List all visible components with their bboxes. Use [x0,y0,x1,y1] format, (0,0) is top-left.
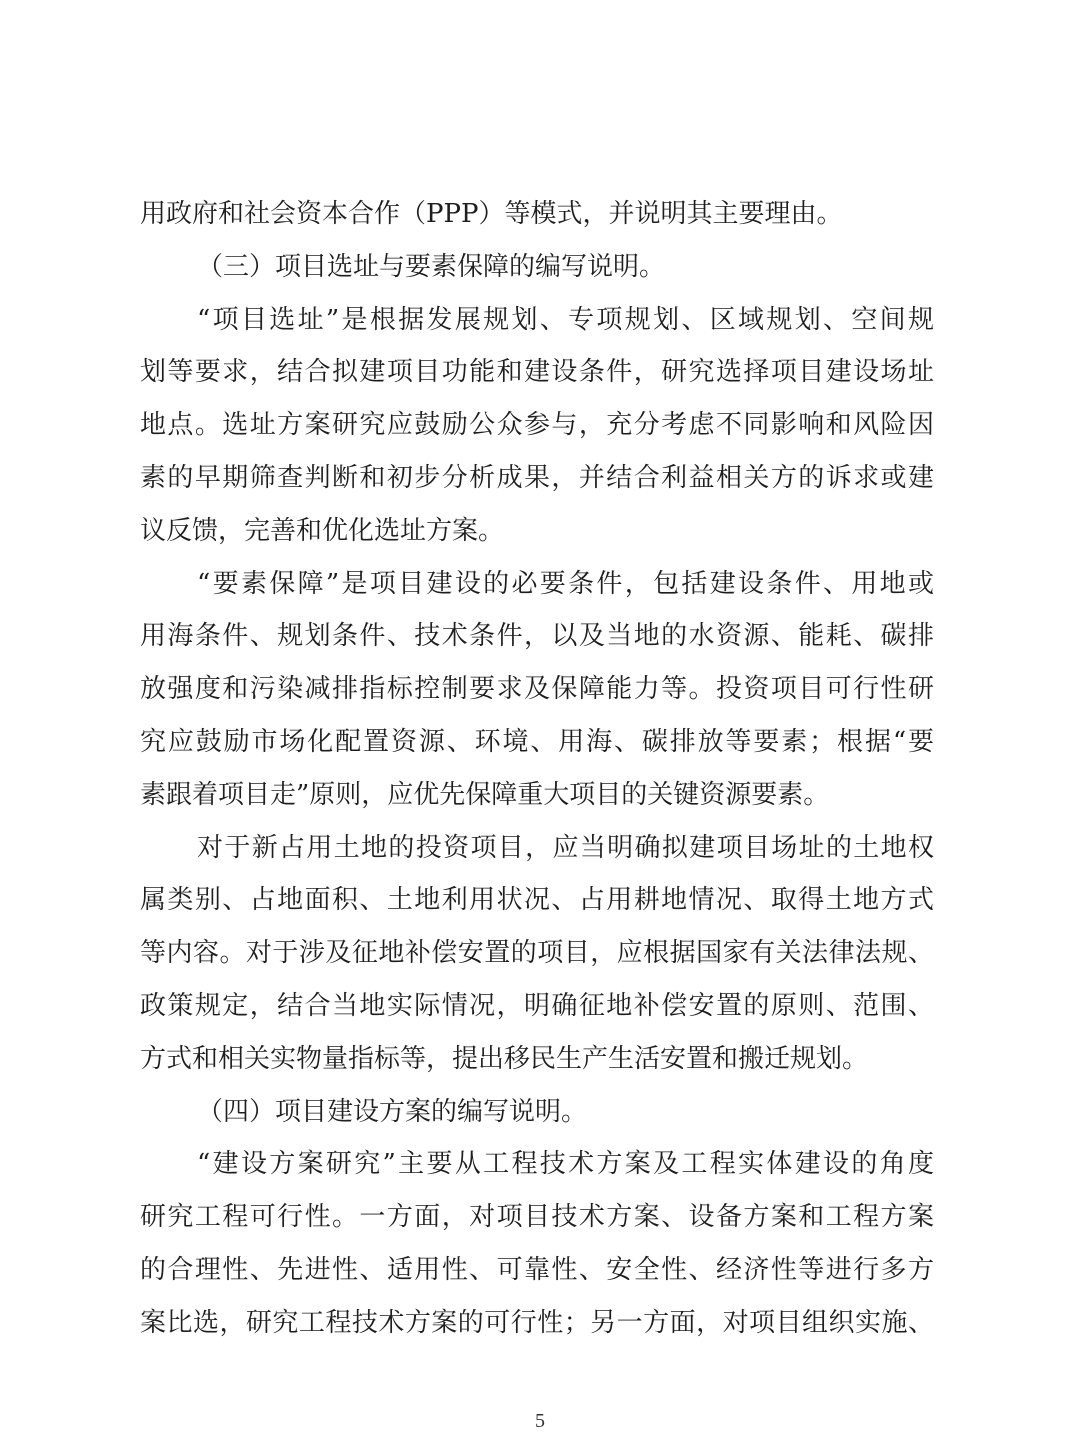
paragraph-line: 方式和相关实物量指标等，提出移民生产生活安置和搬迁规划。 [140,1033,934,1086]
paragraph-line: “要素保障”是项目建设的必要条件，包括建设条件、用地或 [140,558,934,611]
paragraph-line: 放强度和污染减排指标控制要求及保障能力等。投资项目可行性研 [140,663,934,716]
paragraph-line: 素的早期筛查判断和初步分析成果，并结合利益相关方的诉求或建 [140,452,934,505]
paragraph-line: 等内容。对于涉及征地补偿安置的项目，应根据国家有关法律法规、 [140,927,934,980]
page-number: 5 [0,1410,1080,1433]
paragraph-line: 划等要求，结合拟建项目功能和建设条件，研究选择项目建设场址 [140,346,934,399]
document-body: 用政府和社会资本合作（PPP）等模式，并说明其主要理由。 （三）项目选址与要素保… [140,188,934,1350]
section-heading-4: （四）项目建设方案的编写说明。 [140,1086,934,1139]
paragraph-line: 的合理性、先进性、适用性、可靠性、安全性、经济性等进行多方 [140,1244,934,1297]
paragraph-line: 对于新占用土地的投资项目，应当明确拟建项目场址的土地权 [140,822,934,875]
paragraph-line: 研究工程可行性。一方面，对项目技术方案、设备方案和工程方案 [140,1191,934,1244]
section-heading-3: （三）项目选址与要素保障的编写说明。 [140,241,934,294]
paragraph-line: 案比选，研究工程技术方案的可行性；另一方面，对项目组织实施、 [140,1297,934,1350]
paragraph-line: 议反馈，完善和优化选址方案。 [140,505,934,558]
paragraph-line: 属类别、占地面积、土地利用状况、占用耕地情况、取得土地方式 [140,874,934,927]
paragraph-line: 究应鼓励市场化配置资源、环境、用海、碳排放等要素；根据“要 [140,716,934,769]
paragraph-line: 地点。选址方案研究应鼓励公众参与，充分考虑不同影响和风险因 [140,399,934,452]
paragraph-line: “项目选址”是根据发展规划、专项规划、区域规划、空间规 [140,294,934,347]
paragraph-line: 用海条件、规划条件、技术条件，以及当地的水资源、能耗、碳排 [140,610,934,663]
paragraph-line: 素跟着项目走”原则，应优先保障重大项目的关键资源要素。 [140,769,934,822]
paragraph-line: 政策规定，结合当地实际情况，明确征地补偿安置的原则、范围、 [140,980,934,1033]
paragraph-line: “建设方案研究”主要从工程技术方案及工程实体建设的角度 [140,1138,934,1191]
document-page: 用政府和社会资本合作（PPP）等模式，并说明其主要理由。 （三）项目选址与要素保… [0,0,1080,1445]
paragraph-line: 用政府和社会资本合作（PPP）等模式，并说明其主要理由。 [140,188,934,241]
